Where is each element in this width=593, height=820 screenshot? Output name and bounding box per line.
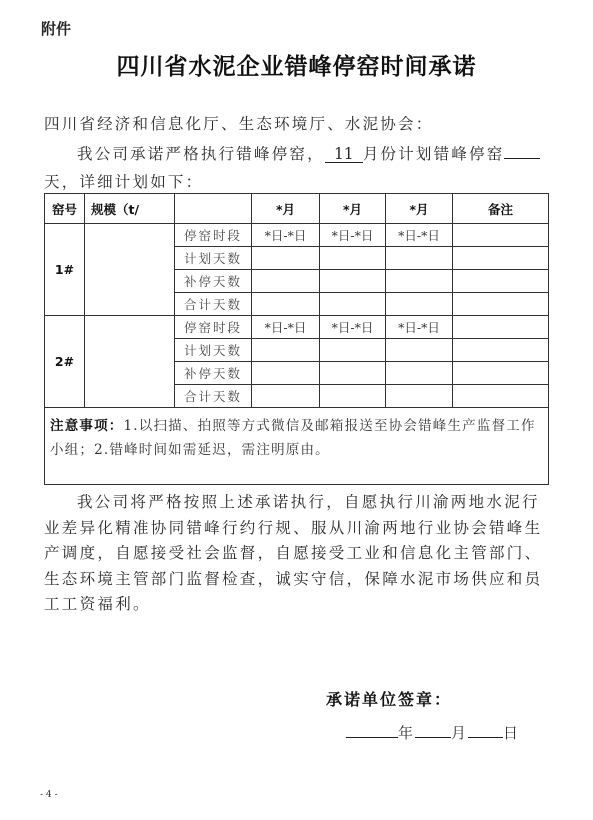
header-month-2: *月 (320, 194, 386, 224)
year-field[interactable] (346, 737, 398, 738)
table-cell[interactable] (320, 293, 386, 316)
day-field[interactable] (468, 737, 503, 738)
month-label: 月 (451, 724, 466, 742)
commitment-line: 产调度，自愿接受社会监督，自愿接受工业和信息化主管部门、 (44, 541, 554, 567)
table-cell[interactable]: *日-*日 (386, 316, 453, 339)
row-label: 计划天数 (175, 339, 252, 362)
table-cell[interactable] (320, 385, 386, 408)
notes-text: 1.以扫描、拍照等方式微信及邮箱报送至协会错峰生产监督工作小组；2.错峰时间如需… (50, 418, 536, 458)
table-header-row: 窑号 规模（t/ *月 *月 *月 备注 (45, 194, 549, 224)
row-label: 补停天数 (175, 362, 252, 385)
notes-cell: 注意事项：1.以扫描、拍照等方式微信及邮箱报送至协会错峰生产监督工作小组；2.错… (45, 408, 549, 485)
header-remarks: 备注 (453, 194, 549, 224)
intro-text-2: 月份计划错峰停窑 (363, 145, 505, 163)
table-cell[interactable] (252, 385, 320, 408)
document-title: 四川省水泥企业错峰停窑时间承诺 (0, 48, 593, 81)
row-label: 停窑时段 (175, 316, 252, 339)
year-label: 年 (398, 724, 413, 742)
intro-text-1: 我公司承诺严格执行错峰停窑， (77, 145, 325, 163)
commitment-line: 业差异化精准协同错峰行约行规、服从川渝两地行业协会错峰生 (44, 516, 554, 542)
table-cell[interactable] (453, 247, 549, 270)
table-cell[interactable] (453, 224, 549, 247)
table-row: 2# 停窑时段 *日-*日 *日-*日 *日-*日 (45, 316, 549, 339)
header-month-1: *月 (252, 194, 320, 224)
table-cell[interactable] (453, 362, 549, 385)
table-cell[interactable] (453, 339, 549, 362)
kiln-scale-cell[interactable] (85, 316, 175, 408)
kiln-id: 2# (45, 316, 85, 408)
kiln-scale-cell[interactable] (85, 224, 175, 316)
table-cell[interactable]: *日-*日 (320, 224, 386, 247)
table-cell[interactable] (386, 270, 453, 293)
table-cell[interactable] (453, 316, 549, 339)
signature-label: 承诺单位签章： (326, 687, 452, 710)
row-label: 补停天数 (175, 270, 252, 293)
intro-line: 我公司承诺严格执行错峰停窑，11月份计划错峰停窑 (77, 142, 540, 164)
addressee: 四川省经济和信息化厅、生态环境厅、水泥协会： (44, 112, 433, 134)
table-cell[interactable] (320, 270, 386, 293)
attachment-label: 附件 (41, 18, 71, 39)
row-label: 合计天数 (175, 385, 252, 408)
header-kiln-no: 窑号 (45, 194, 85, 224)
row-label: 合计天数 (175, 293, 252, 316)
header-month-3: *月 (386, 194, 453, 224)
intro-line-2: 天，详细计划如下： (44, 170, 203, 192)
notes-label: 注意事项： (50, 418, 124, 434)
table-cell[interactable] (453, 293, 549, 316)
row-label: 停窑时段 (175, 224, 252, 247)
kiln-id: 1# (45, 224, 85, 316)
notes-row: 注意事项：1.以扫描、拍照等方式微信及邮箱报送至协会错峰生产监督工作小组；2.错… (45, 408, 549, 485)
table-cell[interactable] (320, 362, 386, 385)
signature-date: 年月日 (346, 722, 518, 743)
header-scale: 规模（t/ (85, 194, 175, 224)
month-date-field[interactable] (415, 737, 451, 738)
table-cell[interactable] (320, 339, 386, 362)
table-cell[interactable] (252, 270, 320, 293)
commitment-line: 工工资福利。 (44, 592, 554, 618)
row-label: 计划天数 (175, 247, 252, 270)
header-item (175, 194, 252, 224)
commitment-paragraph: 我公司将严格按照上述承诺执行，自愿执行川渝两地水泥行 业差异化精准协同错峰行约行… (44, 490, 554, 618)
table-cell[interactable]: *日-*日 (320, 316, 386, 339)
table-cell[interactable] (386, 339, 453, 362)
table-cell[interactable]: *日-*日 (252, 224, 320, 247)
table-cell[interactable] (320, 247, 386, 270)
table-cell[interactable] (252, 247, 320, 270)
commitment-line: 我公司将严格按照上述承诺执行，自愿执行川渝两地水泥行 (44, 490, 554, 516)
table-cell[interactable] (252, 362, 320, 385)
month-field[interactable]: 11 (325, 147, 363, 163)
day-label: 日 (503, 724, 518, 742)
page-number: - 4 - (40, 790, 58, 800)
days-field[interactable] (504, 158, 540, 159)
table-cell[interactable] (386, 385, 453, 408)
table-row: 1# 停窑时段 *日-*日 *日-*日 *日-*日 (45, 224, 549, 247)
table-cell[interactable]: *日-*日 (386, 224, 453, 247)
table-cell[interactable] (252, 293, 320, 316)
table-cell[interactable] (386, 362, 453, 385)
table-cell[interactable] (386, 293, 453, 316)
table-cell[interactable]: *日-*日 (252, 316, 320, 339)
shutdown-plan-table: 窑号 规模（t/ *月 *月 *月 备注 1# 停窑时段 *日-*日 *日-*日… (44, 193, 549, 485)
table-cell[interactable] (453, 385, 549, 408)
table-cell[interactable] (453, 270, 549, 293)
commitment-line: 生态环境主管部门监督检查，诚实守信，保障水泥市场供应和员 (44, 567, 554, 593)
table-cell[interactable] (252, 339, 320, 362)
table-cell[interactable] (386, 247, 453, 270)
